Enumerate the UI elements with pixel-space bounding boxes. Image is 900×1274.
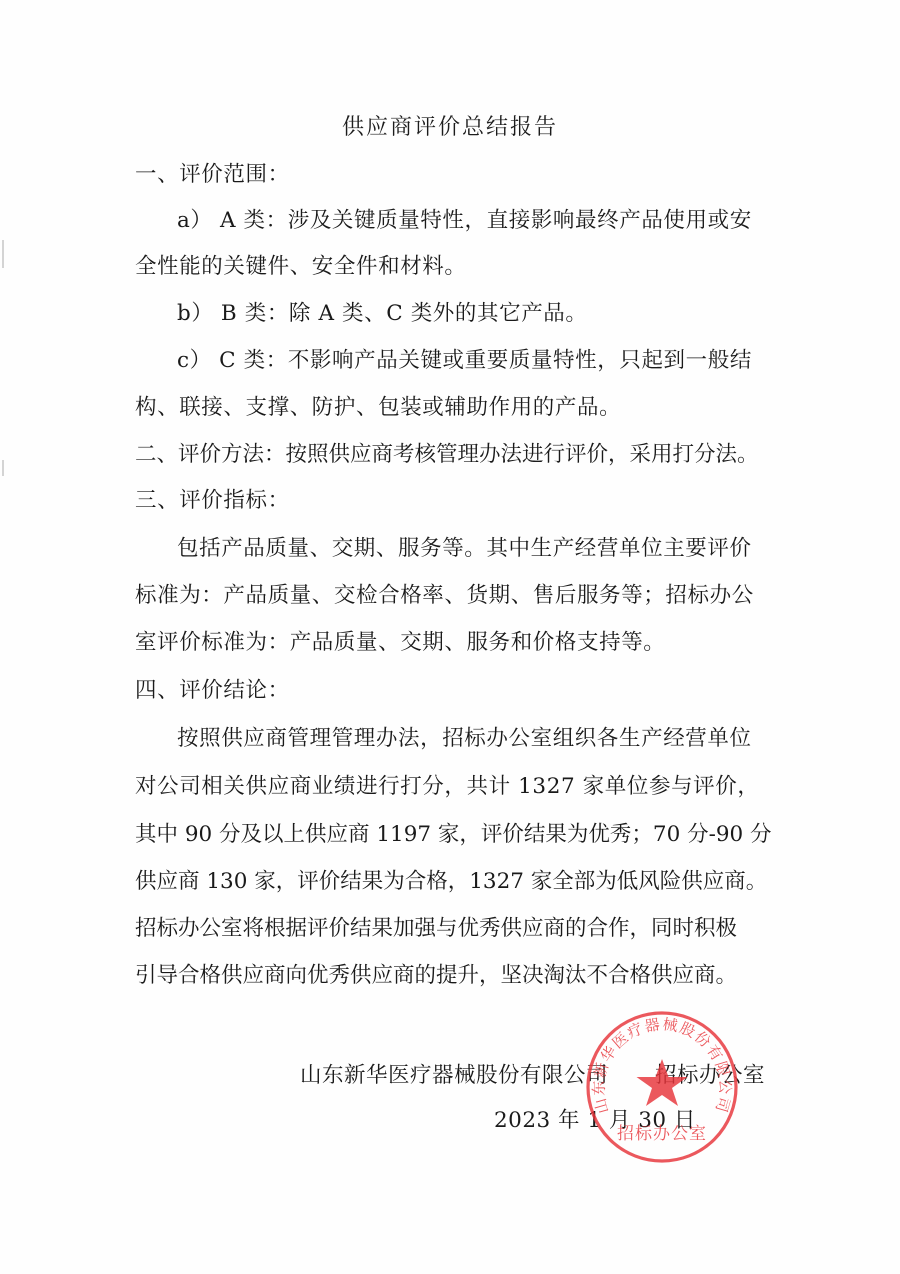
document-page: 供应商评价总结报告 一、评价范围： a） A 类：涉及关键质量特性，直接影响最终… (0, 0, 900, 1274)
signature-company: 山东新华医疗器械股份有限公司 (300, 1061, 608, 1091)
conclusion-line-5: 招标办公室将根据评价结果加强与优秀供应商的合作，同时积极 (135, 914, 737, 944)
section-heading-indicators: 三、评价指标： (135, 486, 290, 516)
conclusion-line-4: 供应商 130 家，评价结果为合格，1327 家全部为低风险供应商。 (135, 867, 767, 897)
indicators-line-1: 包括产品质量、交期、服务等。其中生产经营单位主要评价 (177, 534, 752, 564)
scope-class-c-line-2: 构、联接、支撑、防护、包装或辅助作用的产品。 (135, 393, 621, 423)
conclusion-line-6: 引导合格供应商向优秀供应商的提升，坚决淘汰不合格供应商。 (135, 961, 737, 991)
section-heading-method: 二、评价方法：按照供应商考核管理办法进行评价，采用打分法。 (135, 440, 759, 470)
scope-class-a-line-1: a） A 类：涉及关键质量特性，直接影响最终产品使用或安 (177, 206, 752, 236)
conclusion-line-2: 对公司相关供应商业绩进行打分，共计 1327 家单位参与评价， (135, 772, 760, 802)
scope-class-b-line-1: b） B 类：除 A 类、C 类外的其它产品。 (177, 299, 588, 329)
indicators-line-3: 室评价标准为：产品质量、交期、服务和价格支持等。 (135, 628, 665, 658)
section-heading-conclusion: 四、评价结论： (135, 676, 290, 706)
indicators-line-2: 标准为：产品质量、交检合格率、货期、售后服务等；招标办公 (135, 581, 754, 611)
scope-class-c-line-1: c） C 类：不影响产品关键或重要质量特性，只起到一般结 (177, 346, 752, 376)
scan-edge-mark (2, 240, 4, 268)
conclusion-line-1: 按照供应商管理管理办法，招标办公室组织各生产经营单位 (177, 724, 752, 754)
section-heading-scope: 一、评价范围： (135, 160, 290, 190)
scan-edge-mark (2, 460, 4, 476)
scope-class-a-line-2: 全性能的关键件、安全件和材料。 (135, 252, 467, 282)
signature-date: 2023 年 1 月 30 日 (494, 1106, 696, 1136)
signature-department: 招标办公室 (655, 1061, 765, 1091)
conclusion-line-3: 其中 90 分及以上供应商 1197 家，评价结果为优秀；70 分-90 分 (135, 820, 772, 850)
document-title: 供应商评价总结报告 (0, 110, 900, 141)
